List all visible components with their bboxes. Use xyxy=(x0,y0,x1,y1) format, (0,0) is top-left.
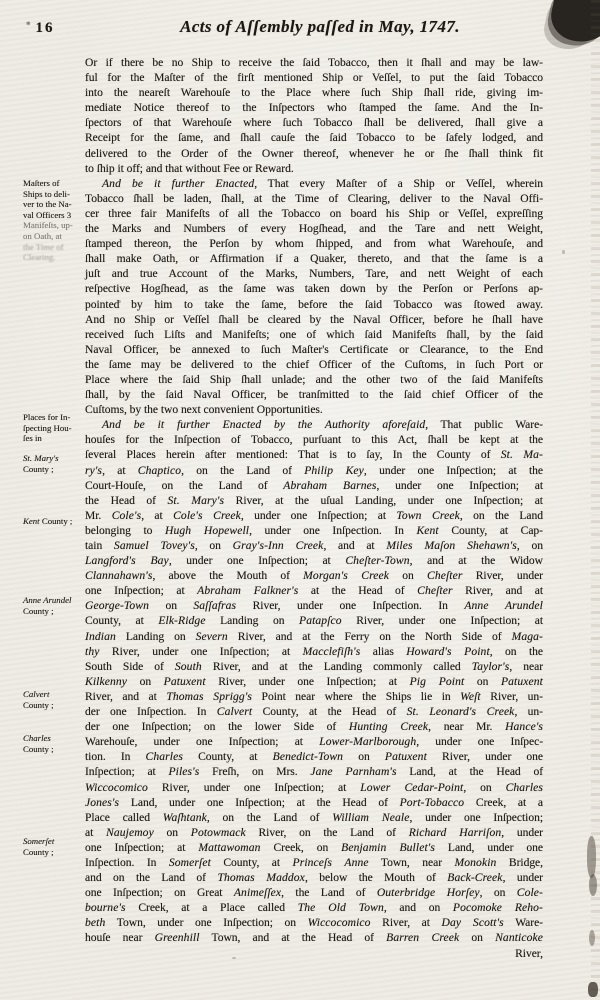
text-line: cer three fair Manifeſts of all the Toba… xyxy=(85,206,543,221)
text-line: South Side of South River, and at the La… xyxy=(85,659,543,674)
margin-note-line: Kent County ; xyxy=(23,516,83,527)
margin-note: Anne ArundelCounty ; xyxy=(23,595,83,616)
margin-note-line: Clearing. xyxy=(23,252,83,263)
text-line: Mr. Cole's, at Cole's Creek, under one I… xyxy=(85,508,543,523)
text-line: Langford's Bay, under one Inſpection; at… xyxy=(85,553,543,568)
text-line: ſpectors of that Warehouſe where ſuch To… xyxy=(85,115,543,130)
margin-note-line: val Officers 3 xyxy=(23,210,83,221)
text-line: and on the Land of Thomas Maddox, below … xyxy=(85,870,543,885)
margin-note-line: Charles xyxy=(23,733,83,744)
text-line: Kilkenny on Patuxent River, under one In… xyxy=(85,674,543,689)
margin-note: CharlesCounty ; xyxy=(23,733,83,754)
text-line: bourne's Creek, at a Place called The Ol… xyxy=(85,900,543,915)
margin-note: Maſters ofShips to deli-ver to the Na-va… xyxy=(23,178,83,263)
margin-note: Kent County ; xyxy=(23,516,83,527)
text-line: the ſame may be delivered to the chief O… xyxy=(85,357,543,372)
margin-note-line: Maſters of xyxy=(23,178,83,189)
text-line: River, and at Thomas Sprigg's Point near… xyxy=(85,689,543,704)
margin-note-line: County ; xyxy=(23,700,83,711)
text-line: Jones's Land, under one Inſpection; at t… xyxy=(85,795,543,810)
text-line: Or if there be no Ship to receive the ſa… xyxy=(85,55,543,70)
margin-note-line: Places for In- xyxy=(23,412,83,423)
margin-note-line: ſpecting Hou- xyxy=(23,423,83,434)
text-line: County, at Elk-Ridge Landing on Patapſco… xyxy=(85,613,543,628)
body-text: Or if there be no Ship to receive the ſa… xyxy=(85,55,543,961)
catchword: River, xyxy=(85,946,543,961)
text-line: Cuſtoms, by the two next convenient Oppo… xyxy=(85,402,543,417)
text-line: Place where the ſaid Ship ſhall unlade; … xyxy=(85,372,543,387)
text-line: ſtamped thereon, the Perſon by whom ſhip… xyxy=(85,236,543,251)
text-line: delivered to the Order of the Owner ther… xyxy=(85,146,543,161)
text-line: juſt and true Account of the Marks, Numb… xyxy=(85,266,543,281)
text-line: Inſpection. In Somerſet County, at Princ… xyxy=(85,855,543,870)
text-line: the Marks and Numbers of every Hogſhead,… xyxy=(85,221,543,236)
text-line: ſeveral Places herein after mentioned: T… xyxy=(85,447,543,462)
margin-note-line: Anne Arundel xyxy=(23,595,83,606)
text-line: der one Inſpection. In Calvert County, a… xyxy=(85,704,543,719)
text-line: der one Inſpection; on the lower Side of… xyxy=(85,719,543,734)
page-title: Acts of Aſſembly paſſed in May, 1747. xyxy=(100,17,540,37)
text-line: houſes for the Inſpection of Tobacco, pu… xyxy=(85,432,543,447)
text-line: Inſpection; at Piles's Freſh, on Mrs. Ja… xyxy=(85,764,543,779)
margin-note-line: Somerſet xyxy=(23,836,83,847)
text-line: at Naujemoy on Potowmack River, on the L… xyxy=(85,825,543,840)
margin-note-line: ſes in xyxy=(23,433,83,444)
text-line: tain Samuel Tovey's, on Gray's-Inn Creek… xyxy=(85,538,543,553)
margin-note-line: ver to the Na- xyxy=(23,199,83,210)
text-line: Naval Officer, be annexed to ſuch Maſter… xyxy=(85,342,543,357)
scan-edge-noise xyxy=(591,0,600,1000)
margin-note-line: County ; xyxy=(23,606,83,617)
text-line: George-Town on Saſſafras River, under on… xyxy=(85,598,543,613)
scanned-page: *16 Acts of Aſſembly paſſed in May, 1747… xyxy=(0,0,600,1000)
text-line: houſe near Greenhill Town, and at the He… xyxy=(85,930,543,945)
text-line: belonging to Hugh Hopewell, under one In… xyxy=(85,523,543,538)
text-line: Court-Houſe, on the Land of Abraham Barn… xyxy=(85,478,543,493)
scan-speck xyxy=(562,250,565,254)
text-line: one Inſpection; at Abraham Falkner's at … xyxy=(85,583,543,598)
margin-note-line: Manifeſts, up- xyxy=(23,220,83,231)
text-line: thy River, under one Inſpection; at Macc… xyxy=(85,644,543,659)
margin-note-line: St. Mary's xyxy=(23,453,83,464)
text-line: And no Ship or Veſſel ſhall be cleared b… xyxy=(85,312,543,327)
text-line: pointed by him to take the ſame, before … xyxy=(85,297,543,312)
margin-note: CalvertCounty ; xyxy=(23,689,83,710)
scan-edge-blob xyxy=(588,982,598,997)
text-line: one Inſpection; at Mattawoman Creek, on … xyxy=(85,840,543,855)
margin-note-line: on Oath, at xyxy=(23,231,83,242)
margin-note-line: the Time of xyxy=(23,242,83,253)
text-line: to ſhip it off; and that without Fee or … xyxy=(85,161,543,176)
scan-edge-blob xyxy=(589,874,597,896)
scan-edge-blob xyxy=(587,836,596,878)
text-line: ry's, at Chaptico, on the Land of Philip… xyxy=(85,463,543,478)
scan-edge-blob xyxy=(589,930,595,946)
margin-note-line: County ; xyxy=(23,744,83,755)
text-line: mediate Notice thereof to the Inſpectors… xyxy=(85,100,543,115)
text-line: Clannahawn's, above the Mouth of Morgan'… xyxy=(85,568,543,583)
text-line: beth Town, under one Inſpection; on Wicc… xyxy=(85,915,543,930)
text-line: Place called Waſhtank, on the Land of Wi… xyxy=(85,810,543,825)
text-line: Warehouſe, under one Inſpection; at Lowe… xyxy=(85,734,543,749)
text-line: Indian Landing on Severn River, and at t… xyxy=(85,629,543,644)
margin-note-line: County ; xyxy=(23,847,83,858)
text-line: ſhall, by the ſaid Naval Officer, be tra… xyxy=(85,387,543,402)
margin-note: St. Mary'sCounty ; xyxy=(23,453,83,474)
text-line: into the neareſt Warehouſe to the Place … xyxy=(85,85,543,100)
margin-note: Places for In-ſpecting Hou-ſes in xyxy=(23,412,83,444)
text-line: reſpective Hogſhead, as the ſame was tak… xyxy=(85,281,543,296)
margin-note: SomerſetCounty ; xyxy=(23,836,83,857)
text-line: ful for the Maſter of the firſt mentione… xyxy=(85,70,543,85)
text-line: And be it further Enacted, That every Ma… xyxy=(85,176,543,191)
margin-note-line: Ships to deli- xyxy=(23,189,83,200)
margin-note-line: County ; xyxy=(23,464,83,475)
text-line: received ſuch Liſts and Manifeſts; one o… xyxy=(85,327,543,342)
margin-note-line: Calvert xyxy=(23,689,83,700)
text-line: Wiccocomico River, under one Inſpection;… xyxy=(85,780,543,795)
text-line: ſhall make Oath, or Affirmation if a Qua… xyxy=(85,251,543,266)
text-line: Tobacco ſhall be laden, ſhall, at the Ti… xyxy=(85,191,543,206)
text-line: Receipt for the ſame, and ſhall cauſe th… xyxy=(85,130,543,145)
text-line: tion. In Charles County, at Benedict-Tow… xyxy=(85,749,543,764)
margin-notes-column: Maſters ofShips to deli-ver to the Na-va… xyxy=(0,0,84,1000)
text-line: one Inſpection; on Great Animeſſex, the … xyxy=(85,885,543,900)
text-line: And be it further Enacted by the Authori… xyxy=(85,417,543,432)
text-line: the Head of St. Mary's River, at the uſu… xyxy=(85,493,543,508)
scan-corner-smudge xyxy=(547,0,600,48)
